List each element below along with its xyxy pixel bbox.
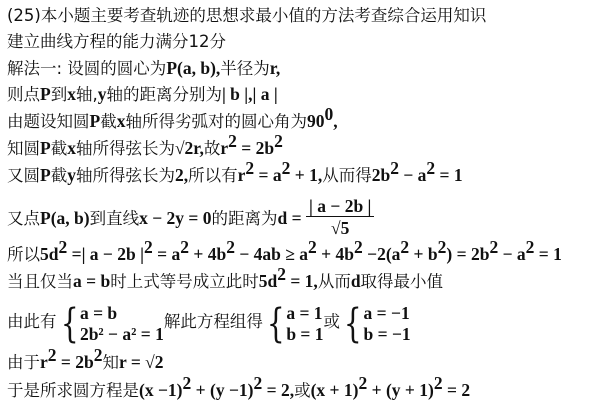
text: 知圆 xyxy=(7,139,40,158)
text: 轴的距离分别为 xyxy=(106,85,222,104)
superscript: 2 xyxy=(274,131,283,151)
math: ) = 2b xyxy=(446,244,489,264)
solution-line-7: 又圆P截y轴所得弦长为2,所以有r2 = a2 + 1,从而得2b2 − a2 … xyxy=(7,165,463,186)
math: = 2, xyxy=(262,380,294,400)
fraction-numerator: | a − 2b | xyxy=(306,196,374,217)
math: y xyxy=(67,165,76,185)
math: x xyxy=(67,138,76,158)
math: = a xyxy=(153,244,180,264)
math: −2(a xyxy=(363,244,401,264)
text: 于是所求圆方程是 xyxy=(7,381,139,400)
text: 或 xyxy=(294,381,311,400)
math: x xyxy=(67,84,76,104)
text: 轴所得劣弧对的圆心角为 xyxy=(125,112,307,131)
math: = 2 xyxy=(443,380,470,400)
superscript: 2 xyxy=(245,158,254,178)
math: = 1 xyxy=(435,165,462,185)
text: 从而 xyxy=(318,272,351,291)
math: + 1, xyxy=(290,165,322,185)
superscript: 2 xyxy=(254,373,263,393)
superscript: 2 xyxy=(183,373,192,393)
math: + 4b xyxy=(317,244,354,264)
text: 所以有 xyxy=(188,166,238,185)
superscript: 2 xyxy=(277,264,286,284)
math: = 2b xyxy=(237,138,274,158)
header-line-1: (25)本小题主要考查轨迹的思想求最小值的方法考查综合运用知识 xyxy=(7,6,486,26)
math: r xyxy=(220,138,228,158)
text: 到直线 xyxy=(90,209,140,228)
math: = 2b xyxy=(57,352,94,372)
text: 轴所得弦长为 xyxy=(76,166,175,185)
text: 故 xyxy=(204,139,221,158)
superscript: 2 xyxy=(180,237,189,257)
text: (25)本小题主要考查轨迹的思想求最小值的方法考查综合运用知识 xyxy=(7,6,486,25)
superscript: 2 xyxy=(359,373,368,393)
solution-line-8: 又点P(a, b)到直线x − 2y = 0的距离为d = | a − 2b |… xyxy=(7,196,374,240)
math: (x −1) xyxy=(139,380,183,400)
text: 又圆 xyxy=(7,166,40,185)
math: 2b xyxy=(372,165,390,185)
math: = 1, xyxy=(286,271,318,291)
solution-line-12: 由于r2 = 2b2知r = √2 xyxy=(7,352,164,373)
math: P xyxy=(40,165,51,185)
text: 时上式等号成立此时 xyxy=(110,272,259,291)
text: 轴, xyxy=(76,85,98,104)
solution-line-13: 于是所求圆方程是(x −1)2 + (y −1)2 = 2,或(x + 1)2 … xyxy=(7,380,470,401)
math: P(a, b), xyxy=(166,58,220,78)
equation-system-1: {a = b2b² − a² = 1 xyxy=(57,299,164,347)
math: 90 xyxy=(307,111,325,131)
math: r, xyxy=(270,58,281,78)
math: a = b xyxy=(73,271,110,291)
text: 截 xyxy=(100,112,117,131)
math: = 1 xyxy=(534,244,561,264)
superscript: 2 xyxy=(58,237,67,257)
left-brace-icon: { xyxy=(267,304,285,344)
solution-line-11: 由此有{a = b2b² − a² = 1解此方程组得{a = 1b = 1或{… xyxy=(7,298,411,346)
superscript: 2 xyxy=(48,345,57,365)
math: − a xyxy=(399,165,426,185)
math: − 4ab ≥ a xyxy=(235,244,308,264)
text: 由此有 xyxy=(7,312,57,331)
text: 截 xyxy=(51,166,68,185)
math: P(a, b) xyxy=(40,208,90,228)
text: 所以 xyxy=(7,245,40,264)
text: 半径为 xyxy=(220,59,270,78)
text: 轴所得弦长为 xyxy=(76,139,175,158)
math: 5d xyxy=(259,271,277,291)
superscript: 0 xyxy=(324,104,333,124)
math: r = √2 xyxy=(119,352,164,372)
superscript: 2 xyxy=(226,237,235,257)
solution-line-5: 由题设知圆P截x轴所得劣弧对的圆心角为900, xyxy=(7,111,338,132)
solution-line-3: 解法一: 设圆的圆心为P(a, b),半径为r, xyxy=(7,58,280,79)
text: 又点 xyxy=(7,209,40,228)
math: 5d xyxy=(40,244,58,264)
text: 解法一: 设圆的圆心为 xyxy=(7,59,166,78)
header-line-2: 建立曲线方程的能力满分12分 xyxy=(7,32,226,52)
superscript: 2 xyxy=(94,345,103,365)
solution-line-10: 当且仅当a = b时上式等号成立此时5d2 = 1,从而d取得最小值 xyxy=(7,271,443,292)
superscript: 2 xyxy=(489,237,498,257)
math: = a xyxy=(254,165,281,185)
text: 的距离为 xyxy=(212,209,278,228)
text: 则点 xyxy=(7,85,40,104)
text: 取得最小值 xyxy=(361,272,444,291)
text: 到 xyxy=(51,85,68,104)
solution-line-6: 知圆P截x轴所得弦长为√2r,故r2 = 2b2 xyxy=(7,138,283,159)
math: 2, xyxy=(175,165,188,185)
superscript: 2 xyxy=(400,237,409,257)
math: (x + 1) xyxy=(311,380,359,400)
math: r xyxy=(40,352,48,372)
equation: a = 1 xyxy=(286,303,323,324)
equation-system-3: {a = −1b = −1 xyxy=(340,299,411,347)
text: 或 xyxy=(324,312,341,331)
equation: a = −1 xyxy=(364,303,411,324)
math: √2r, xyxy=(175,138,204,158)
math: d = xyxy=(278,208,306,228)
left-brace-icon: { xyxy=(344,304,362,344)
superscript: 2 xyxy=(354,237,363,257)
equation-system-2: {a = 1b = 1 xyxy=(263,299,324,347)
text: 截 xyxy=(51,139,68,158)
text: 解此方程组得 xyxy=(164,312,263,331)
math: + (y + 1) xyxy=(367,380,434,400)
text: 当且仅当 xyxy=(7,272,73,291)
fraction-denominator: √5 xyxy=(306,217,374,239)
text: 由于 xyxy=(7,353,40,372)
superscript: 2 xyxy=(144,237,153,257)
text: 由题设知圆 xyxy=(7,112,90,131)
superscript: 2 xyxy=(228,131,237,151)
superscript: 2 xyxy=(390,158,399,178)
distance-fraction: | a − 2b |√5 xyxy=(306,196,374,239)
equation: 2b² − a² = 1 xyxy=(80,324,164,345)
math: + (y −1) xyxy=(191,380,253,400)
equation: a = b xyxy=(80,303,164,324)
solution-line-9: 所以5d2 =| a − 2b |2 = a2 + 4b2 − 4ab ≥ a2… xyxy=(7,244,562,265)
math: x − 2y = 0 xyxy=(139,208,211,228)
left-brace-icon: { xyxy=(60,304,78,344)
math: + b xyxy=(409,244,437,264)
equation: b = 1 xyxy=(286,324,323,345)
math: P xyxy=(40,84,51,104)
text: 知 xyxy=(103,353,120,372)
math: , xyxy=(333,111,337,131)
solution-line-4: 则点P到x轴,y轴的距离分别为| b |,| a | xyxy=(7,84,278,105)
text: 从而得 xyxy=(322,166,372,185)
text: 建立曲线方程的能力满分12分 xyxy=(7,32,226,51)
math: − a xyxy=(498,244,525,264)
math: d xyxy=(351,271,361,291)
equation: b = −1 xyxy=(364,324,411,345)
superscript: 2 xyxy=(426,158,435,178)
math: + 4b xyxy=(189,244,226,264)
superscript: 2 xyxy=(308,237,317,257)
math: P xyxy=(40,138,51,158)
math: | b |,| a | xyxy=(222,84,278,104)
math: =| a − 2b | xyxy=(67,244,144,264)
math: P xyxy=(90,111,101,131)
superscript: 2 xyxy=(434,373,443,393)
